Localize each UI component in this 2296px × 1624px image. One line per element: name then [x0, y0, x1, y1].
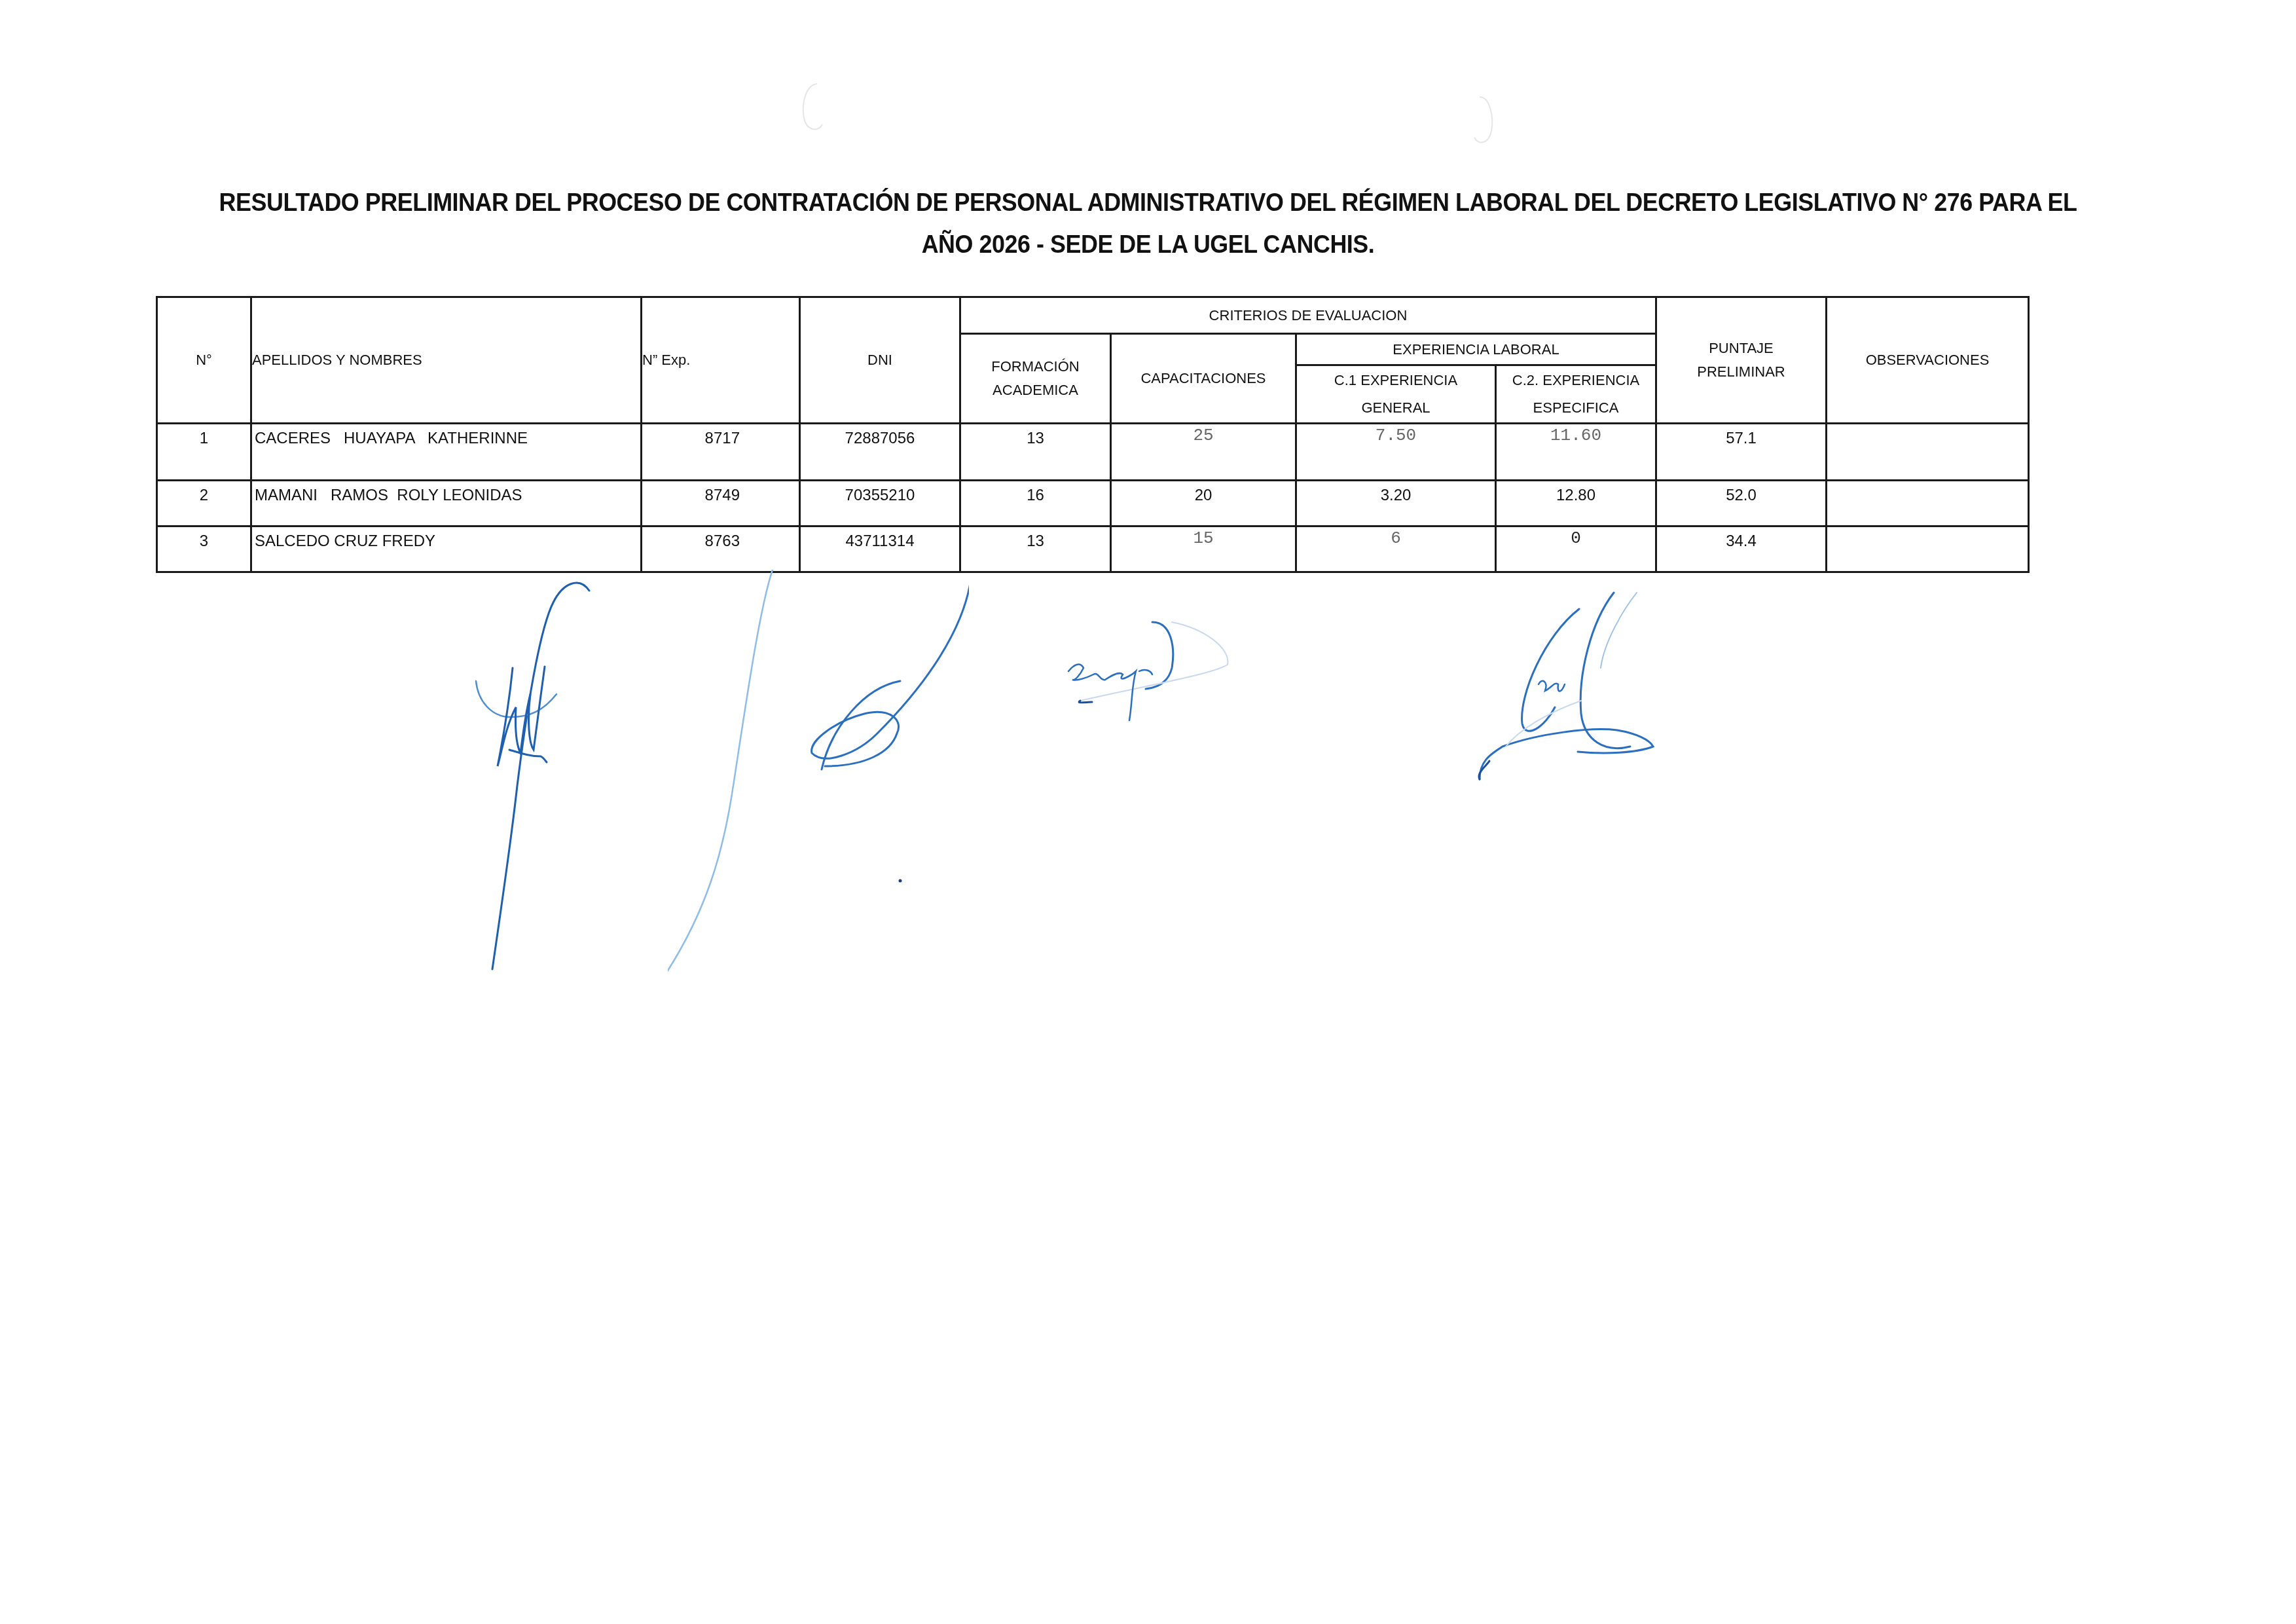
- cell-capacitaciones: 20: [1111, 481, 1296, 526]
- header-c1-line2: GENERAL: [1297, 394, 1495, 422]
- table-row: 3 SALCEDO CRUZ FREDY 8763 43711314 13 15…: [157, 526, 2029, 572]
- cell-exp: 8717: [642, 424, 800, 481]
- header-dni: DNI: [800, 297, 960, 424]
- title-line-2: AÑO 2026 - SEDE DE LA UGEL CANCHIS.: [212, 224, 2083, 266]
- header-formacion-line1: FORMACIÓN: [961, 358, 1110, 375]
- cell-formacion: 13: [960, 424, 1111, 481]
- cell-c1: 6: [1296, 526, 1496, 572]
- cell-num: 1: [157, 424, 251, 481]
- cell-observaciones: [1827, 424, 2029, 481]
- header-observaciones: OBSERVACIONES: [1827, 297, 2029, 424]
- title-line-1: RESULTADO PRELIMINAR DEL PROCESO DE CONT…: [212, 182, 2083, 224]
- cell-c2: 12.80: [1496, 481, 1656, 526]
- signature-1: [458, 570, 668, 995]
- signature-4: [1440, 583, 1768, 805]
- table-row: 2 MAMANI RAMOS ROLY LEONIDAS 8749 703552…: [157, 481, 2029, 526]
- header-puntaje-line2: PRELIMINAR: [1657, 363, 1825, 380]
- cell-capacitaciones: 15: [1111, 526, 1296, 572]
- header-c2-line1: C.2. EXPERIENCIA: [1497, 367, 1655, 394]
- header-c2: C.2. EXPERIENCIA ESPECIFICA: [1496, 365, 1656, 424]
- cell-name: SALCEDO CRUZ FREDY: [251, 526, 642, 572]
- cell-puntaje: 34.4: [1656, 526, 1827, 572]
- cell-puntaje: 57.1: [1656, 424, 1827, 481]
- cell-puntaje: 52.0: [1656, 481, 1827, 526]
- header-experiencia-laboral: EXPERIENCIA LABORAL: [1296, 334, 1656, 365]
- header-c2-line2: ESPECIFICA: [1497, 394, 1655, 422]
- header-num: N°: [157, 297, 251, 424]
- header-c1-line1: C.1 EXPERIENCIA: [1297, 367, 1495, 394]
- cell-name: MAMANI RAMOS ROLY LEONIDAS: [251, 481, 642, 526]
- cell-dni: 43711314: [800, 526, 960, 572]
- cell-formacion: 16: [960, 481, 1111, 526]
- cell-capacitaciones: 25: [1111, 424, 1296, 481]
- document-title: RESULTADO PRELIMINAR DEL PROCESO DE CONT…: [212, 182, 2083, 266]
- cell-name: CACERES HUAYAPA KATHERINNE: [251, 424, 642, 481]
- cell-num: 2: [157, 481, 251, 526]
- cell-observaciones: [1827, 526, 2029, 572]
- header-criterios: CRITERIOS DE EVALUACION: [960, 297, 1656, 334]
- signature-3: [1061, 609, 1336, 753]
- header-capacitaciones: CAPACITACIONES: [1111, 334, 1296, 424]
- header-name: APELLIDOS Y NOMBRES: [251, 297, 642, 424]
- cell-c1: 7.50: [1296, 424, 1496, 481]
- cell-dni: 70355210: [800, 481, 960, 526]
- results-table: N° APELLIDOS Y NOMBRES N” Exp. DNI CRITE…: [156, 296, 2030, 573]
- table-row: 1 CACERES HUAYAPA KATHERINNE 8717 728870…: [157, 424, 2029, 481]
- punch-hole-mark-left: [799, 79, 831, 138]
- cell-c2: 0: [1496, 526, 1656, 572]
- header-exp: N” Exp.: [642, 297, 800, 424]
- cell-c2: 11.60: [1496, 424, 1656, 481]
- cell-c1: 3.20: [1296, 481, 1496, 526]
- punch-hole-mark-right: [1467, 92, 1499, 151]
- signature-2: [668, 570, 969, 995]
- cell-formacion: 13: [960, 526, 1111, 572]
- header-puntaje: PUNTAJE PRELIMINAR: [1656, 297, 1827, 424]
- cell-exp: 8749: [642, 481, 800, 526]
- header-c1: C.1 EXPERIENCIA GENERAL: [1296, 365, 1496, 424]
- cell-num: 3: [157, 526, 251, 572]
- cell-exp: 8763: [642, 526, 800, 572]
- header-puntaje-line1: PUNTAJE: [1657, 340, 1825, 357]
- cell-dni: 72887056: [800, 424, 960, 481]
- cell-observaciones: [1827, 481, 2029, 526]
- header-formacion-line2: ACADEMICA: [961, 382, 1110, 399]
- header-formacion: FORMACIÓN ACADEMICA: [960, 334, 1111, 424]
